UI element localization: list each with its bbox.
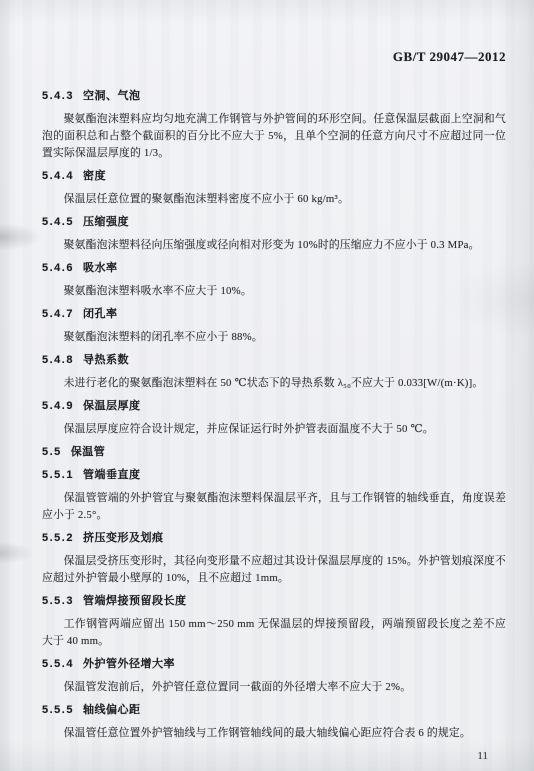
section-heading: 5.5.3管端焊接预留段长度 <box>42 593 506 610</box>
section-heading: 5.4.6吸水率 <box>42 260 506 277</box>
document-header: GB/T 29047—2012 <box>42 0 506 64</box>
section-number: 5.5.2 <box>42 532 74 544</box>
section-number: 5.4.5 <box>42 216 74 228</box>
section-number: 5.5.3 <box>42 595 74 607</box>
section-title: 空洞、气泡 <box>83 90 141 102</box>
section-paragraph: 保温层受挤压变形时，其径向变形量不应超过其设计保温层厚度的 15%。外护管划痕深… <box>42 553 506 587</box>
section-title: 压缩强度 <box>83 216 129 228</box>
section-paragraph: 保温管发泡前后，外护管任意位置同一截面的外径增大率不应大于 2%。 <box>42 679 506 696</box>
section-paragraph: 保温管管端的外护管宜与聚氨酯泡沫塑料保温层平齐，且与工作钢管的轴线垂直，角度误差… <box>42 490 506 524</box>
section-title: 管端垂直度 <box>83 469 141 481</box>
section-title: 闭孔率 <box>83 308 118 320</box>
section: 5.5.4外护管外径增大率 保温管发泡前后，外护管任意位置同一截面的外径增大率不… <box>42 656 506 696</box>
section-heading: 5.5保温管 <box>42 444 506 461</box>
section-number: 5.5.5 <box>42 704 74 716</box>
section-heading: 5.5.1管端垂直度 <box>42 467 506 484</box>
section: 5.4.7闭孔率 聚氨酯泡沫塑料的闭孔率不应小于 88%。 <box>42 306 506 346</box>
section-heading: 5.4.7闭孔率 <box>42 306 506 323</box>
section-heading: 5.4.9保温层厚度 <box>42 398 506 415</box>
section-paragraph: 未进行老化的聚氨酯泡沫塑料在 50 ℃状态下的导热系数 λ₅₀不应大于 0.03… <box>42 375 506 392</box>
section-paragraph: 聚氨酯泡沫塑料径向压缩强度或径向相对形变为 10%时的压缩应力不应小于 0.3 … <box>42 237 506 254</box>
section-paragraph: 聚氨酯泡沫塑料的闭孔率不应小于 88%。 <box>42 329 506 346</box>
section-title: 挤压变形及划痕 <box>83 532 164 544</box>
section-heading: 5.5.4外护管外径增大率 <box>42 656 506 673</box>
document-footer: 11 <box>42 748 506 763</box>
section: 5.4.9保温层厚度 保温层厚度应符合设计规定，并应保证运行时外护管表面温度不大… <box>42 398 506 438</box>
section-number: 5.4.6 <box>42 262 74 274</box>
section-heading: 5.4.5压缩强度 <box>42 214 506 231</box>
section-number: 5.4.9 <box>42 400 74 412</box>
section-number: 5.4.8 <box>42 354 74 366</box>
section-title: 保温层厚度 <box>83 400 141 412</box>
section: 5.5.1管端垂直度 保温管管端的外护管宜与聚氨酯泡沫塑料保温层平齐，且与工作钢… <box>42 467 506 524</box>
section-number: 5.5.4 <box>42 658 74 670</box>
section-heading: 5.4.8导热系数 <box>42 352 506 369</box>
section-paragraph: 工作钢管两端应留出 150 mm～250 mm 无保温层的焊接预留段，两端预留段… <box>42 616 506 650</box>
section-heading: 5.5.5轴线偏心距 <box>42 702 506 719</box>
section-title: 外护管外径增大率 <box>83 658 175 670</box>
section-number: 5.4.7 <box>42 308 74 320</box>
section-title: 管端焊接预留段长度 <box>83 595 187 607</box>
section: 5.5保温管 <box>42 444 506 461</box>
section-title: 导热系数 <box>83 354 129 366</box>
section-number: 5.4.3 <box>42 90 74 102</box>
section-paragraph: 保温层厚度应符合设计规定，并应保证运行时外护管表面温度不大于 50 ℃。 <box>42 421 506 438</box>
page-number: 11 <box>477 750 488 762</box>
section: 5.5.2挤压变形及划痕 保温层受挤压变形时，其径向变形量不应超过其设计保温层厚… <box>42 530 506 587</box>
section-heading: 5.5.2挤压变形及划痕 <box>42 530 506 547</box>
section-number: 5.5.1 <box>42 469 74 481</box>
section-title: 密度 <box>83 170 106 182</box>
section-title: 吸水率 <box>83 262 118 274</box>
section-title: 轴线偏心距 <box>83 704 141 716</box>
section: 5.5.3管端焊接预留段长度 工作钢管两端应留出 150 mm～250 mm 无… <box>42 593 506 650</box>
section-paragraph: 聚氨酯泡沫塑料吸水率不应大于 10%。 <box>42 283 506 300</box>
section: 5.5.5轴线偏心距 保温管任意位置外护管轴线与工作钢管轴线间的最大轴线偏心距应… <box>42 702 506 742</box>
section-heading: 5.4.3空洞、气泡 <box>42 88 506 105</box>
section-number: 5.5 <box>42 446 62 458</box>
section-paragraph: 聚氨酯泡沫塑料应均匀地充满工作钢管与外护管间的环形空间。任意保温层截面上空洞和气… <box>42 111 506 162</box>
document-body: 5.4.3空洞、气泡 聚氨酯泡沫塑料应均匀地充满工作钢管与外护管间的环形空间。任… <box>42 88 506 742</box>
section: 5.4.4密度 保温层任意位置的聚氨酯泡沫塑料密度不应小于 60 kg/m³。 <box>42 168 506 208</box>
section-paragraph: 保温管任意位置外护管轴线与工作钢管轴线间的最大轴线偏心距应符合表 6 的规定。 <box>42 725 506 742</box>
scan-page: GB/T 29047—2012 5.4.3空洞、气泡 聚氨酯泡沫塑料应均匀地充满… <box>0 0 534 771</box>
section-title: 保温管 <box>71 446 106 458</box>
standard-number: GB/T 29047—2012 <box>393 49 506 64</box>
section: 5.4.5压缩强度 聚氨酯泡沫塑料径向压缩强度或径向相对形变为 10%时的压缩应… <box>42 214 506 254</box>
section-paragraph: 保温层任意位置的聚氨酯泡沫塑料密度不应小于 60 kg/m³。 <box>42 191 506 208</box>
section: 5.4.6吸水率 聚氨酯泡沫塑料吸水率不应大于 10%。 <box>42 260 506 300</box>
section-heading: 5.4.4密度 <box>42 168 506 185</box>
section: 5.4.3空洞、气泡 聚氨酯泡沫塑料应均匀地充满工作钢管与外护管间的环形空间。任… <box>42 88 506 162</box>
section: 5.4.8导热系数 未进行老化的聚氨酯泡沫塑料在 50 ℃状态下的导热系数 λ₅… <box>42 352 506 392</box>
section-number: 5.4.4 <box>42 170 74 182</box>
